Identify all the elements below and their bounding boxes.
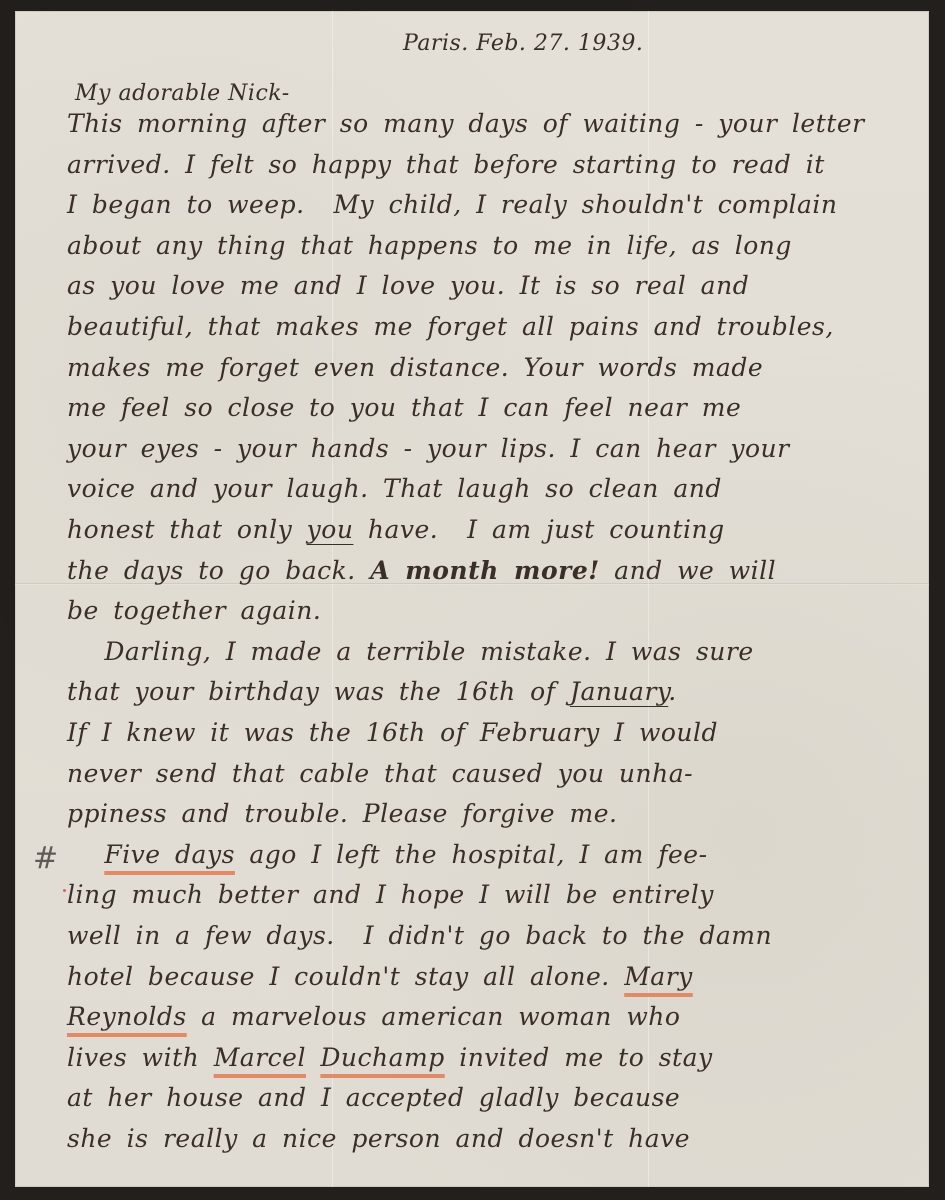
text-segment: beautiful, that makes me forget all pain… — [67, 312, 834, 341]
underlined-text: Reynolds — [67, 1002, 187, 1031]
underlined-text: Duchamp — [320, 1043, 444, 1072]
pencil-dot — [63, 889, 66, 892]
letter-line: ppiness and trouble. Please forgive me. — [67, 799, 617, 828]
text-segment: at her house and I accepted gladly becau… — [67, 1083, 680, 1112]
letter-line: well in a few days. I didn't go back to … — [67, 921, 772, 950]
letter-line: honest that only you have. I am just cou… — [67, 515, 725, 544]
text-segment: Darling, I made a terrible mistake. I wa… — [67, 637, 754, 666]
text-segment: well in a few days. I didn't go back to … — [67, 921, 772, 950]
text-segment: she is really a nice person and doesn't … — [67, 1124, 690, 1153]
letter-line: the days to go back. A month more! and w… — [67, 556, 776, 585]
text-segment: and we will — [600, 556, 776, 585]
letter-line: This morning after so many days of waiti… — [67, 109, 865, 138]
text-segment: If I knew it was the 16th of February I … — [67, 718, 718, 747]
text-segment: be together again. — [67, 596, 321, 625]
scanned-page: Paris. Feb. 27. 1939. My adorable Nick- … — [0, 0, 945, 1200]
underlined-text: you — [307, 515, 354, 544]
underlined-text: Five days — [104, 840, 235, 869]
text-segment — [67, 840, 104, 869]
text-segment: honest that only — [67, 515, 307, 544]
text-segment: your eyes - your hands - your lips. I ca… — [67, 434, 790, 463]
text-segment: ling much better and I hope I will be en… — [67, 880, 714, 909]
text-segment: invited me to stay — [445, 1043, 713, 1072]
text-segment: ppiness and trouble. Please forgive me. — [67, 799, 617, 828]
letter-line: I began to weep. My child, I realy shoul… — [67, 190, 837, 219]
text-segment: a marvelous american woman who — [187, 1002, 681, 1031]
text-segment: I began to weep. My child, I realy shoul… — [67, 190, 837, 219]
underlined-text: January — [570, 677, 668, 706]
letter-line: ling much better and I hope I will be en… — [67, 880, 714, 909]
letter-line: your eyes - your hands - your lips. I ca… — [67, 434, 790, 463]
letter-salutation: My adorable Nick- — [75, 81, 290, 106]
letter-line: hotel because I couldn't stay all alone.… — [67, 962, 693, 991]
margin-mark-icon: # — [33, 841, 58, 876]
text-segment: never send that cable that caused you un… — [67, 759, 693, 788]
letter-line: beautiful, that makes me forget all pain… — [67, 312, 834, 341]
letter-paper: Paris. Feb. 27. 1939. My adorable Nick- … — [15, 11, 929, 1187]
text-segment: voice and your laugh. That laugh so clea… — [67, 474, 722, 503]
letter-line: that your birthday was the 16th of Janua… — [67, 677, 677, 706]
text-segment: as you love me and I love you. It is so … — [67, 271, 749, 300]
text-segment: arrived. I felt so happy that before sta… — [67, 150, 825, 179]
text-segment: hotel because I couldn't stay all alone. — [67, 962, 624, 991]
text-segment: A month more! — [370, 556, 600, 585]
letter-dateline: Paris. Feb. 27. 1939. — [403, 31, 643, 56]
letter-line: she is really a nice person and doesn't … — [67, 1124, 690, 1153]
letter-line: about any thing that happens to me in li… — [67, 231, 792, 260]
text-segment — [306, 1043, 320, 1072]
text-segment: me feel so close to you that I can feel … — [67, 393, 741, 422]
text-segment: makes me forget even distance. Your word… — [67, 353, 763, 382]
letter-line: voice and your laugh. That laugh so clea… — [67, 474, 722, 503]
letter-line: Reynolds a marvelous american woman who — [67, 1002, 680, 1031]
text-segment: ago I left the hospital, I am fee- — [235, 840, 708, 869]
underlined-text: Marcel — [214, 1043, 306, 1072]
letter-line: at her house and I accepted gladly becau… — [67, 1083, 680, 1112]
text-segment: about any thing that happens to me in li… — [67, 231, 792, 260]
letter-line: as you love me and I love you. It is so … — [67, 271, 749, 300]
text-segment: lives with — [67, 1043, 214, 1072]
text-segment: that your birthday was the 16th of — [67, 677, 570, 706]
letter-line: makes me forget even distance. Your word… — [67, 353, 763, 382]
letter-line: be together again. — [67, 596, 321, 625]
underlined-text: Mary — [624, 962, 693, 991]
text-segment: . — [668, 677, 676, 706]
letter-line: me feel so close to you that I can feel … — [67, 393, 741, 422]
letter-line: arrived. I felt so happy that before sta… — [67, 150, 825, 179]
letter-line: never send that cable that caused you un… — [67, 759, 693, 788]
letter-line: Five days ago I left the hospital, I am … — [67, 840, 708, 869]
text-segment: the days to go back. — [67, 556, 370, 585]
text-segment: have. I am just counting — [353, 515, 724, 544]
letter-line: If I knew it was the 16th of February I … — [67, 718, 718, 747]
letter-line: Darling, I made a terrible mistake. I wa… — [67, 637, 754, 666]
text-segment: This morning after so many days of waiti… — [67, 109, 865, 138]
letter-line: lives with Marcel Duchamp invited me to … — [67, 1043, 713, 1072]
